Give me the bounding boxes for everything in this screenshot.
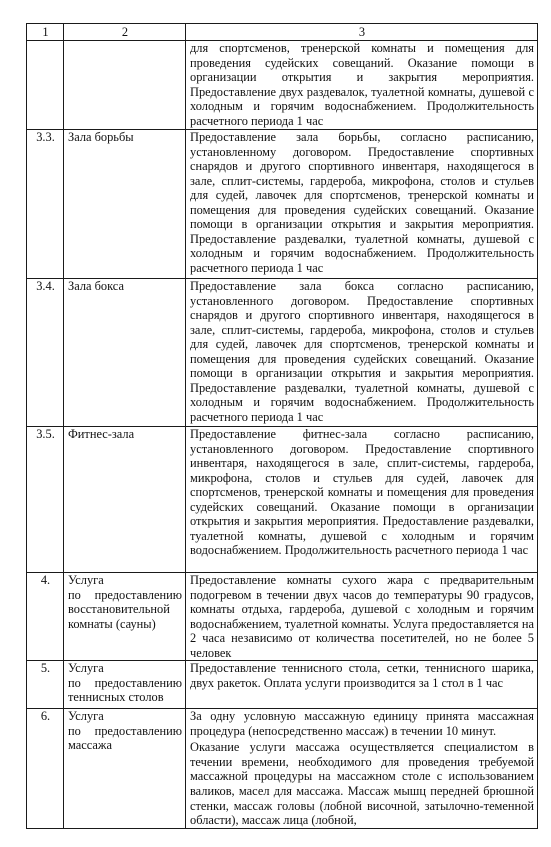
service-name: Зала бокса [64,279,186,427]
row-number: 3.4. [27,279,64,427]
row-number: 3.5. [27,427,64,573]
service-name-line: по предоставлению [68,724,182,739]
service-name-line: Услуга [68,709,182,724]
header-col-3: 3 [186,24,538,41]
service-name: Услуга по предоставлению массажа [64,709,186,828]
table-row: 3.5. Фитнес-зала Предоставление фитнес-з… [27,427,538,573]
service-description: Предоставление зала борьбы, согласно рас… [186,130,538,279]
description-paragraph: За одну условную массажную единицу приня… [190,709,534,738]
service-name-line: восстановительной [68,602,182,617]
service-name-line: по предоставлению [68,676,182,691]
service-name [64,41,186,130]
service-description: Предоставление теннисного стола, сетки, … [186,661,538,709]
description-paragraph: Предоставление зала бокса согласно распи… [190,279,534,424]
description-paragraph: Предоставление комнаты сухого жара с пре… [190,573,534,660]
service-name-line: по предоставлению [68,588,182,603]
row-number: 6. [27,709,64,828]
table-row: 5. Услуга по предоставлению теннисных ст… [27,661,538,709]
description-paragraph: Предоставление фитнес-зала согласно расп… [190,427,534,558]
service-name: Фитнес-зала [64,427,186,573]
table-row: 4. Услуга по предоставлению восстановите… [27,573,538,661]
table-row: для спортсменов, тренерской комнаты и по… [27,41,538,130]
service-description: За одну условную массажную единицу приня… [186,709,538,828]
description-paragraph: Предоставление теннисного стола, сетки, … [190,661,534,690]
service-name-line: теннисных столов [68,690,182,705]
description-paragraph: Оказание услуги массажа осуществляется с… [190,740,534,827]
row-number: 3.3. [27,130,64,279]
service-name-line: массажа [68,738,182,753]
service-name: Зала борьбы [64,130,186,279]
row-number: 4. [27,573,64,661]
row-number [27,41,64,130]
description-paragraph: для спортсменов, тренерской комнаты и по… [190,41,534,128]
service-description: Предоставление фитнес-зала согласно расп… [186,427,538,573]
description-paragraph: Предоставление зала борьбы, согласно рас… [190,130,534,275]
service-name: Услуга по предоставлению теннисных столо… [64,661,186,709]
service-name-line: Услуга [68,661,182,676]
header-col-1: 1 [27,24,64,41]
table-row: 3.4. Зала бокса Предоставление зала бокс… [27,279,538,427]
table-header-row: 1 2 3 [27,24,538,41]
row-number: 5. [27,661,64,709]
header-col-2: 2 [64,24,186,41]
service-name-line: Услуга [68,573,182,588]
table-row: 3.3. Зала борьбы Предоставление зала бор… [27,130,538,279]
table-row: 6. Услуга по предоставлению массажа За о… [27,709,538,828]
service-description: Предоставление зала бокса согласно распи… [186,279,538,427]
service-description: Предоставление комнаты сухого жара с пре… [186,573,538,661]
document-page: 1 2 3 для спортсменов, тренерской комнат… [26,23,537,829]
services-table: 1 2 3 для спортсменов, тренерской комнат… [26,23,538,829]
service-description: для спортсменов, тренерской комнаты и по… [186,41,538,130]
service-name: Услуга по предоставлению восстановительн… [64,573,186,661]
service-name-line: комнаты (сауны) [68,617,182,632]
